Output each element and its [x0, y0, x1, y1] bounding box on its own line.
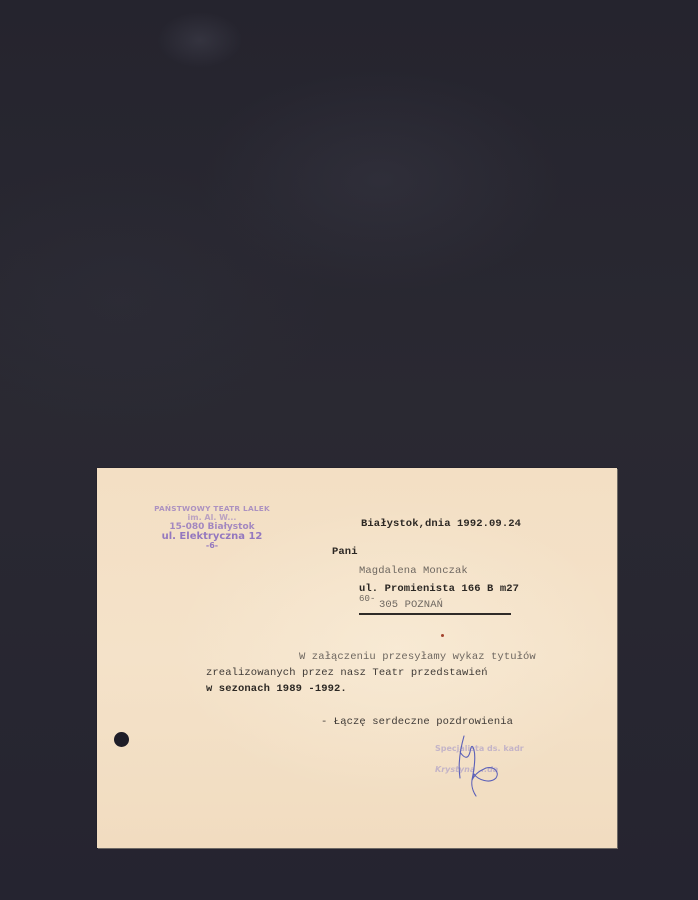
recipient-name: Magdalena Monczak: [359, 565, 468, 577]
institution-stamp: PAŃSTWOWY TEATR LALEK im. Al. W... 15-08…: [137, 506, 287, 550]
recipient-city: 305 POZNAŃ: [379, 599, 443, 611]
recipient-street: ul. Promienista 166 B m27: [359, 583, 519, 595]
body-line-2: zrealizowanych przez nasz Teatr przedsta…: [206, 667, 488, 679]
closing-line: - Łączę serdeczne pozdrowienia: [321, 716, 513, 728]
ink-mark: [441, 634, 444, 637]
stamp-line-2: im. Al. W...: [137, 514, 287, 522]
body-line-3: w sezonach 1989 -1992.: [206, 683, 347, 695]
address-underline: [359, 613, 511, 615]
recipient-zip-prefix: 60-: [359, 594, 376, 604]
punch-hole: [114, 732, 129, 747]
stamp-line-3: 15-080 Białystok: [137, 523, 287, 532]
date-line: Białystok,dnia 1992.09.24: [361, 518, 521, 530]
body-line-1: W załączeniu przesyłamy wykaz tytułów: [299, 651, 536, 663]
handwritten-signature-icon: [452, 730, 512, 798]
salutation: Pani: [332, 546, 358, 558]
stamp-line-5: -6-: [137, 542, 287, 550]
stamp-line-1: PAŃSTWOWY TEATR LALEK: [133, 506, 291, 513]
letter-paper: PAŃSTWOWY TEATR LALEK im. Al. W... 15-08…: [97, 468, 617, 848]
